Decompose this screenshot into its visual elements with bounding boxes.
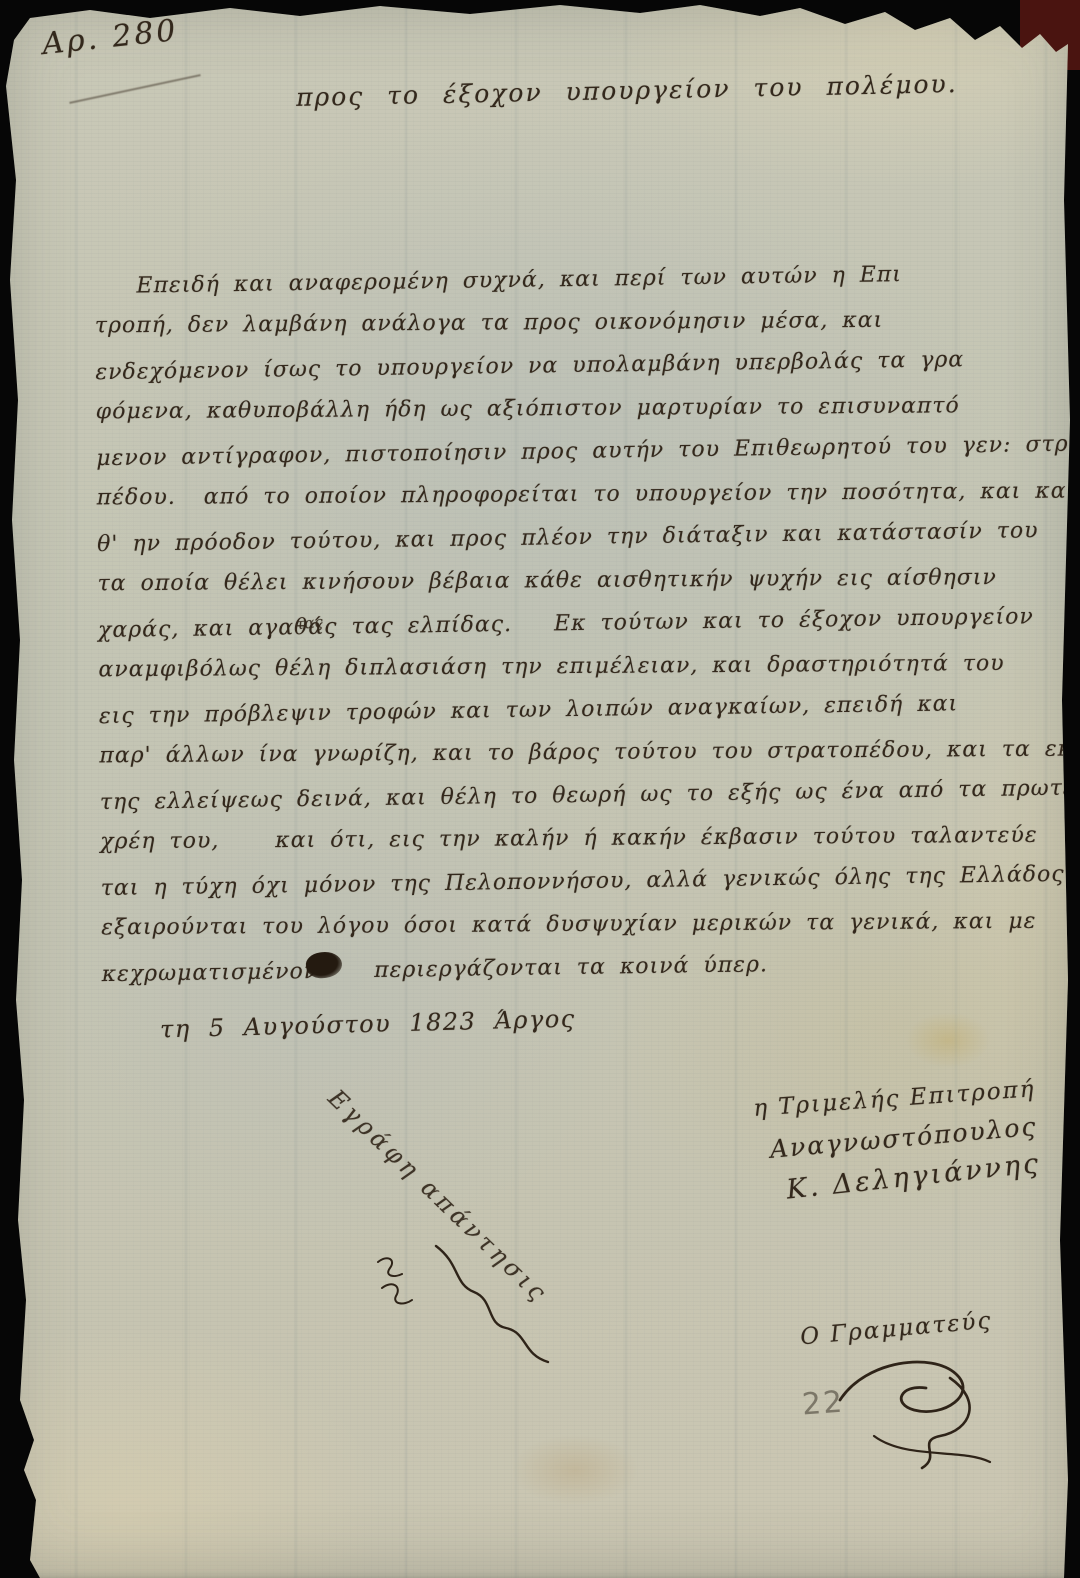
secretary-signature-flourish — [822, 1344, 1032, 1474]
letter-body: Επειδή και αναφερομένη συχνά, και περί τ… — [94, 253, 1062, 994]
underline-stroke — [69, 74, 200, 104]
archive-number: Αρ. 280 — [41, 13, 181, 62]
scanned-letter-screenshot: { "page": { "ref_number": "Αρ. 280", "he… — [0, 0, 1080, 1578]
interlinear-insertion: τας — [295, 613, 324, 634]
dateline: τη 5 Αυγούστου 1823 Άργος — [160, 1005, 576, 1044]
signature-block: η Τριμελής Επιτροπή Αναγνωστόπουλος Κ. Δ… — [753, 1086, 1042, 1194]
pencil-number: 22 — [801, 1385, 846, 1423]
diagonal-note-tail — [430, 1240, 560, 1370]
manuscript-page: Αρ. 280 προς το έξοχον υπουργείον του πο… — [0, 0, 1080, 1578]
chain-line — [75, 0, 77, 1578]
